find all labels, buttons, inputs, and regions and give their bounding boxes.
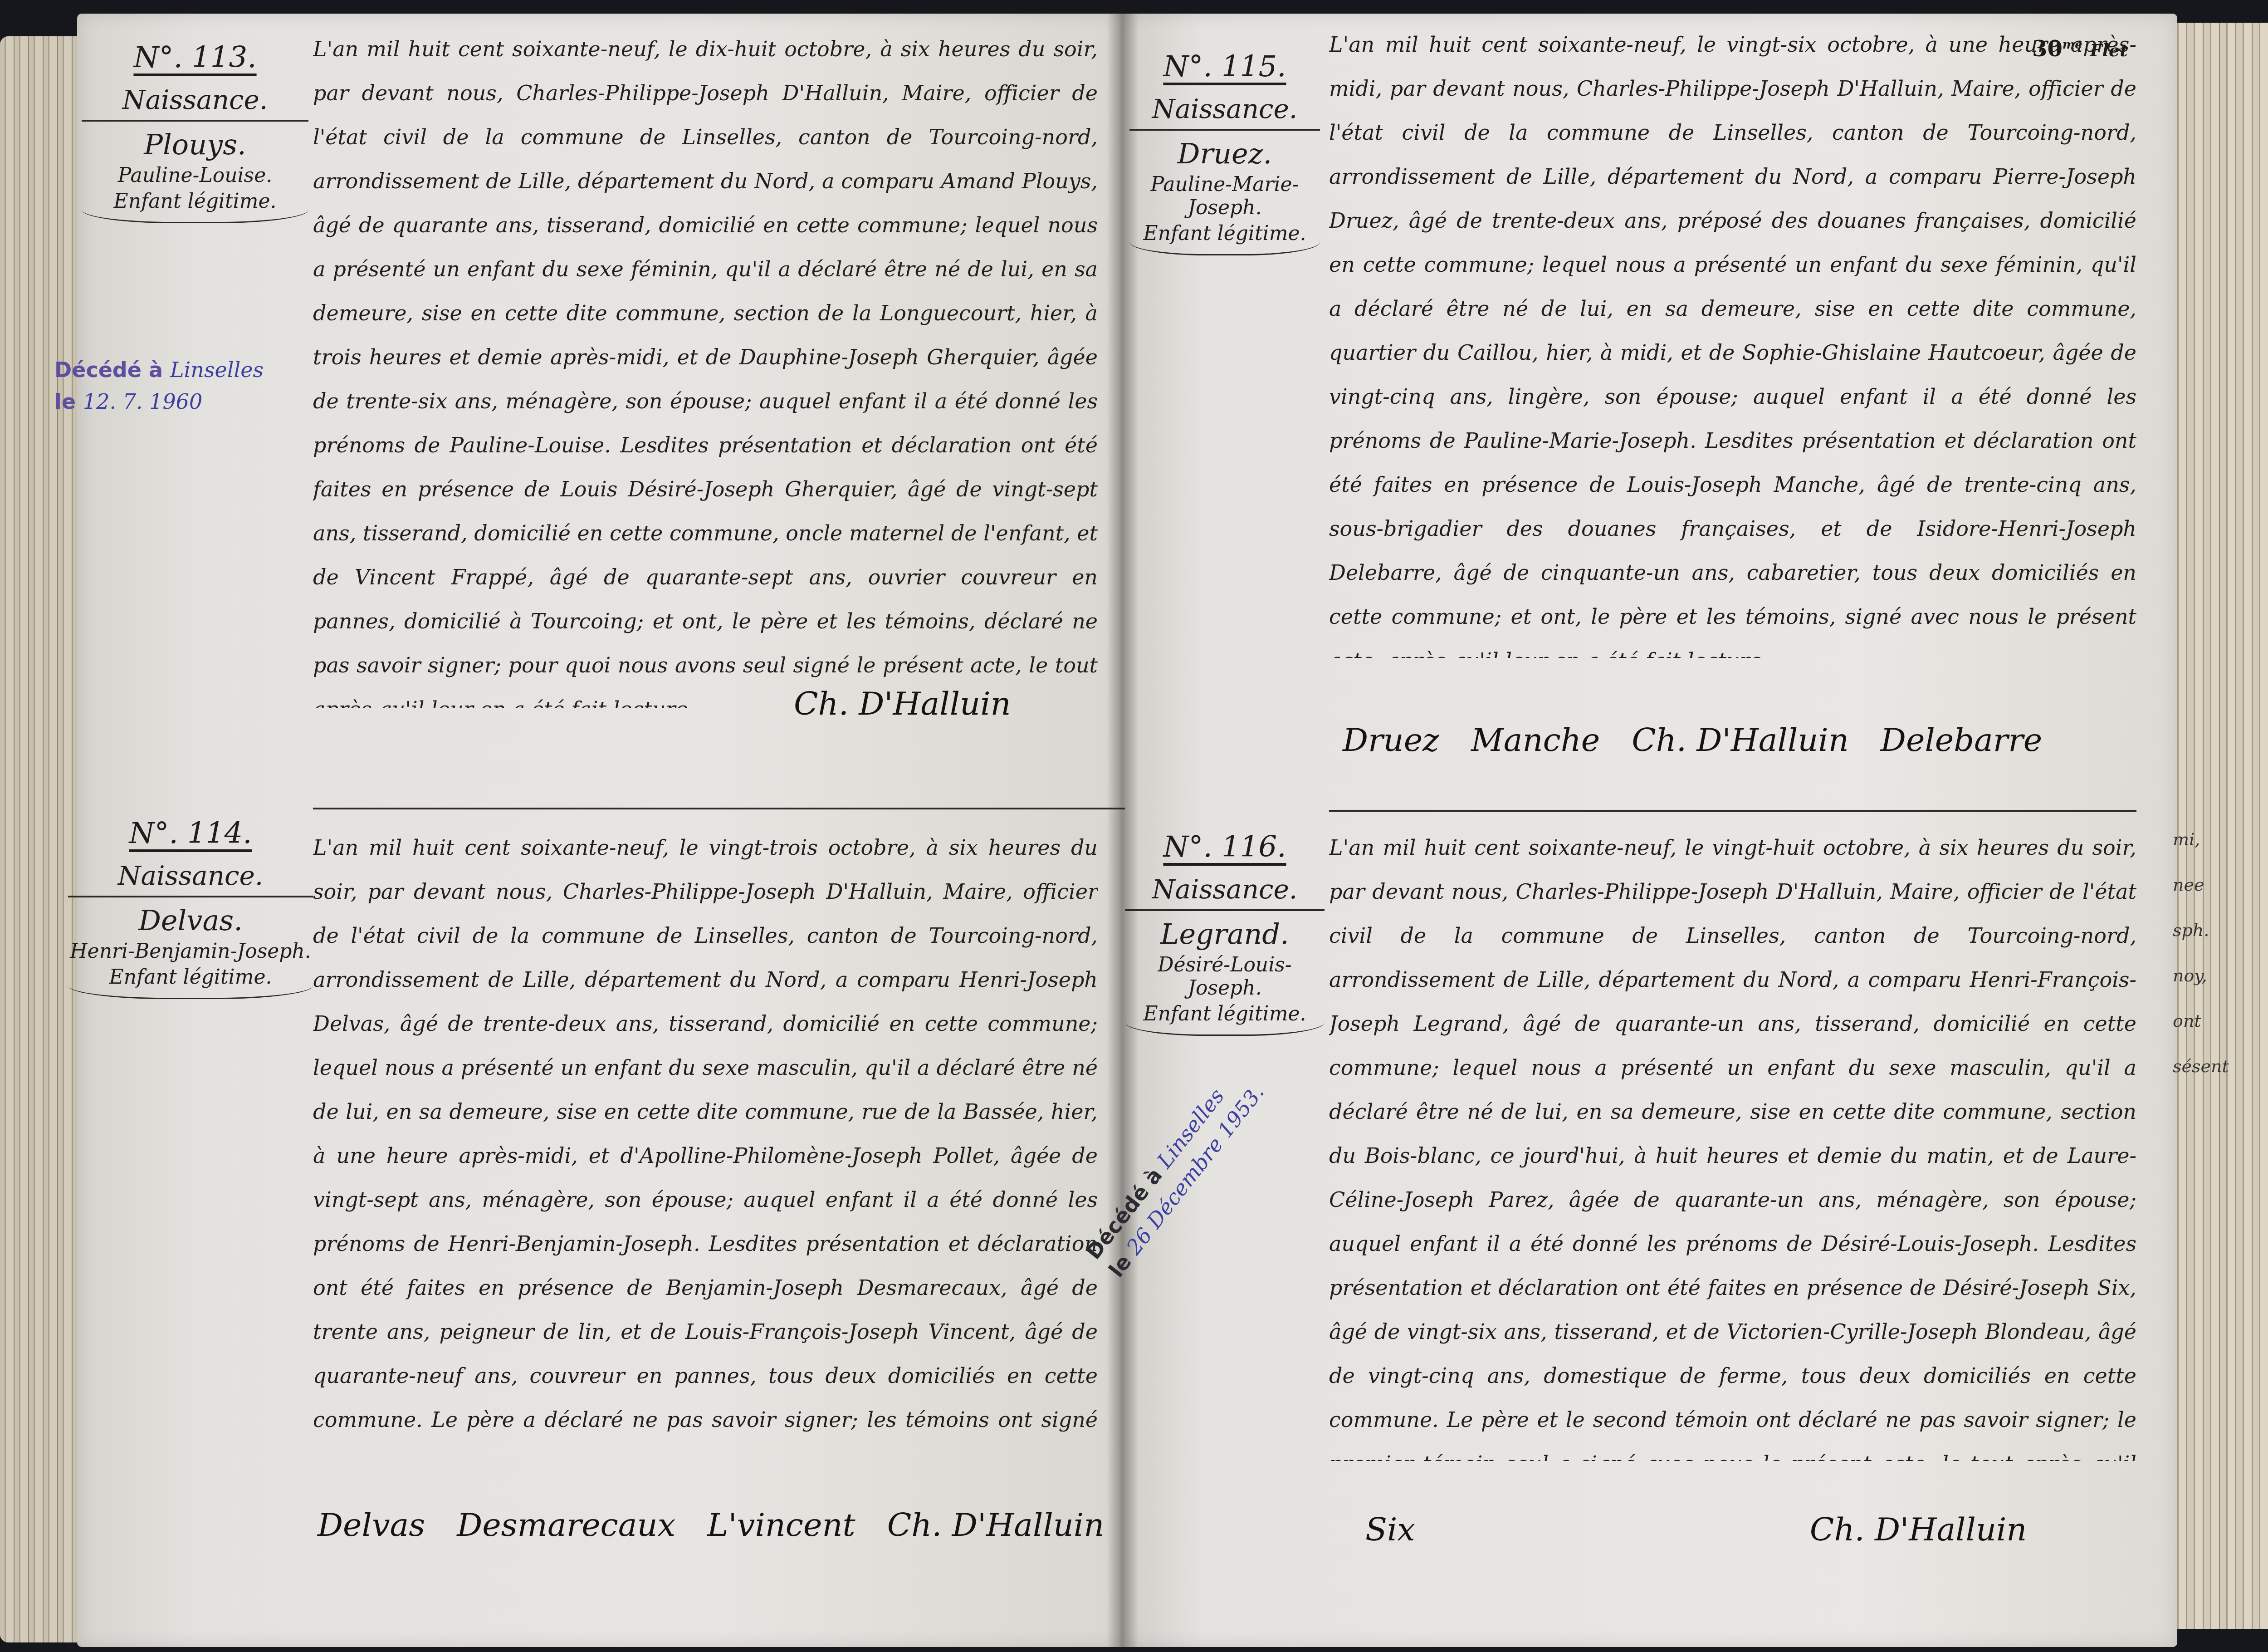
act-116-text: L'an mil huit cent soixante-neuf, le vin… [1329, 826, 2136, 1461]
act-number: N°. 114. [68, 817, 313, 850]
child-surname: Legrand. [1125, 917, 1325, 951]
signature: Ch. D'Halluin [1632, 721, 1849, 759]
act-116-margin: N°. 116. Naissance. Legrand. Désiré-Loui… [1125, 830, 1325, 1036]
act-separator [1329, 810, 2136, 812]
child-given-names: Désiré-Louis-Joseph. [1125, 953, 1325, 1000]
act-type: Naissance. [68, 860, 313, 897]
act-114-text: L'an mil huit cent soixante-neuf, le vin… [313, 826, 1098, 1438]
signature: Ch. D'Halluin [1810, 1511, 2027, 1548]
act-type: Naissance. [1129, 93, 1320, 131]
act-number: N°. 116. [1125, 830, 1325, 864]
child-given-names: Henri-Benjamin-Joseph. [68, 940, 313, 963]
child-given-names: Pauline-Louise. [82, 164, 308, 187]
child-status: Enfant légitime. [68, 966, 313, 999]
signature: Desmarecaux [457, 1506, 675, 1544]
signature: L'vincent [707, 1506, 855, 1544]
act-116-signatures: Six Ch. D'Halluin [1365, 1511, 2027, 1548]
signature: Delvas [318, 1506, 425, 1544]
child-surname: Delvas. [68, 904, 313, 937]
open-register-book: 30me Flet N°. 113. Naissance. Plouys. Pa… [0, 0, 2268, 1652]
signature: Manche [1471, 721, 1600, 759]
act-type: Naissance. [1125, 874, 1325, 911]
child-surname: Plouys. [82, 128, 308, 161]
act-114-signatures: Delvas Desmarecaux L'vincent Ch. D'Hallu… [318, 1506, 1104, 1544]
act-113-signatures: Ch. D'Halluin [794, 685, 1011, 722]
act-115-signatures: Druez Manche Ch. D'Halluin Delebarre [1343, 721, 2042, 759]
signature: Druez [1343, 721, 1439, 759]
signature: Six [1365, 1511, 1415, 1548]
signature: Ch. D'Halluin [794, 685, 1011, 722]
act-number: N°. 113. [82, 41, 308, 74]
act-number: N°. 115. [1129, 50, 1320, 83]
child-status: Enfant légitime. [1125, 1002, 1325, 1036]
act-115-text: L'an mil huit cent soixante-neuf, le vin… [1329, 23, 2136, 658]
signature: Ch. D'Halluin [887, 1506, 1105, 1544]
child-surname: Druez. [1129, 137, 1320, 170]
act-type: Naissance. [82, 84, 308, 122]
child-status: Enfant légitime. [1129, 222, 1320, 255]
act-114-margin: N°. 114. Naissance. Delvas. Henri-Benjam… [68, 817, 313, 999]
act-113-text: L'an mil huit cent soixante-neuf, le dix… [313, 27, 1098, 708]
child-status: Enfant légitime. [82, 190, 308, 223]
child-given-names: Pauline-Marie-Joseph. [1129, 173, 1320, 219]
death-annotation-stamp: Décédé à Linselles le 12. 7. 1960 [54, 354, 264, 417]
act-separator [313, 808, 1125, 809]
signature: Delebarre [1881, 721, 2042, 759]
edge-notes: mi, nee sph. noy, ont sésent [2173, 817, 2229, 1089]
act-113-margin: N°. 113. Naissance. Plouys. Pauline-Loui… [82, 41, 308, 223]
act-115-margin: N°. 115. Naissance. Druez. Pauline-Marie… [1129, 50, 1320, 255]
